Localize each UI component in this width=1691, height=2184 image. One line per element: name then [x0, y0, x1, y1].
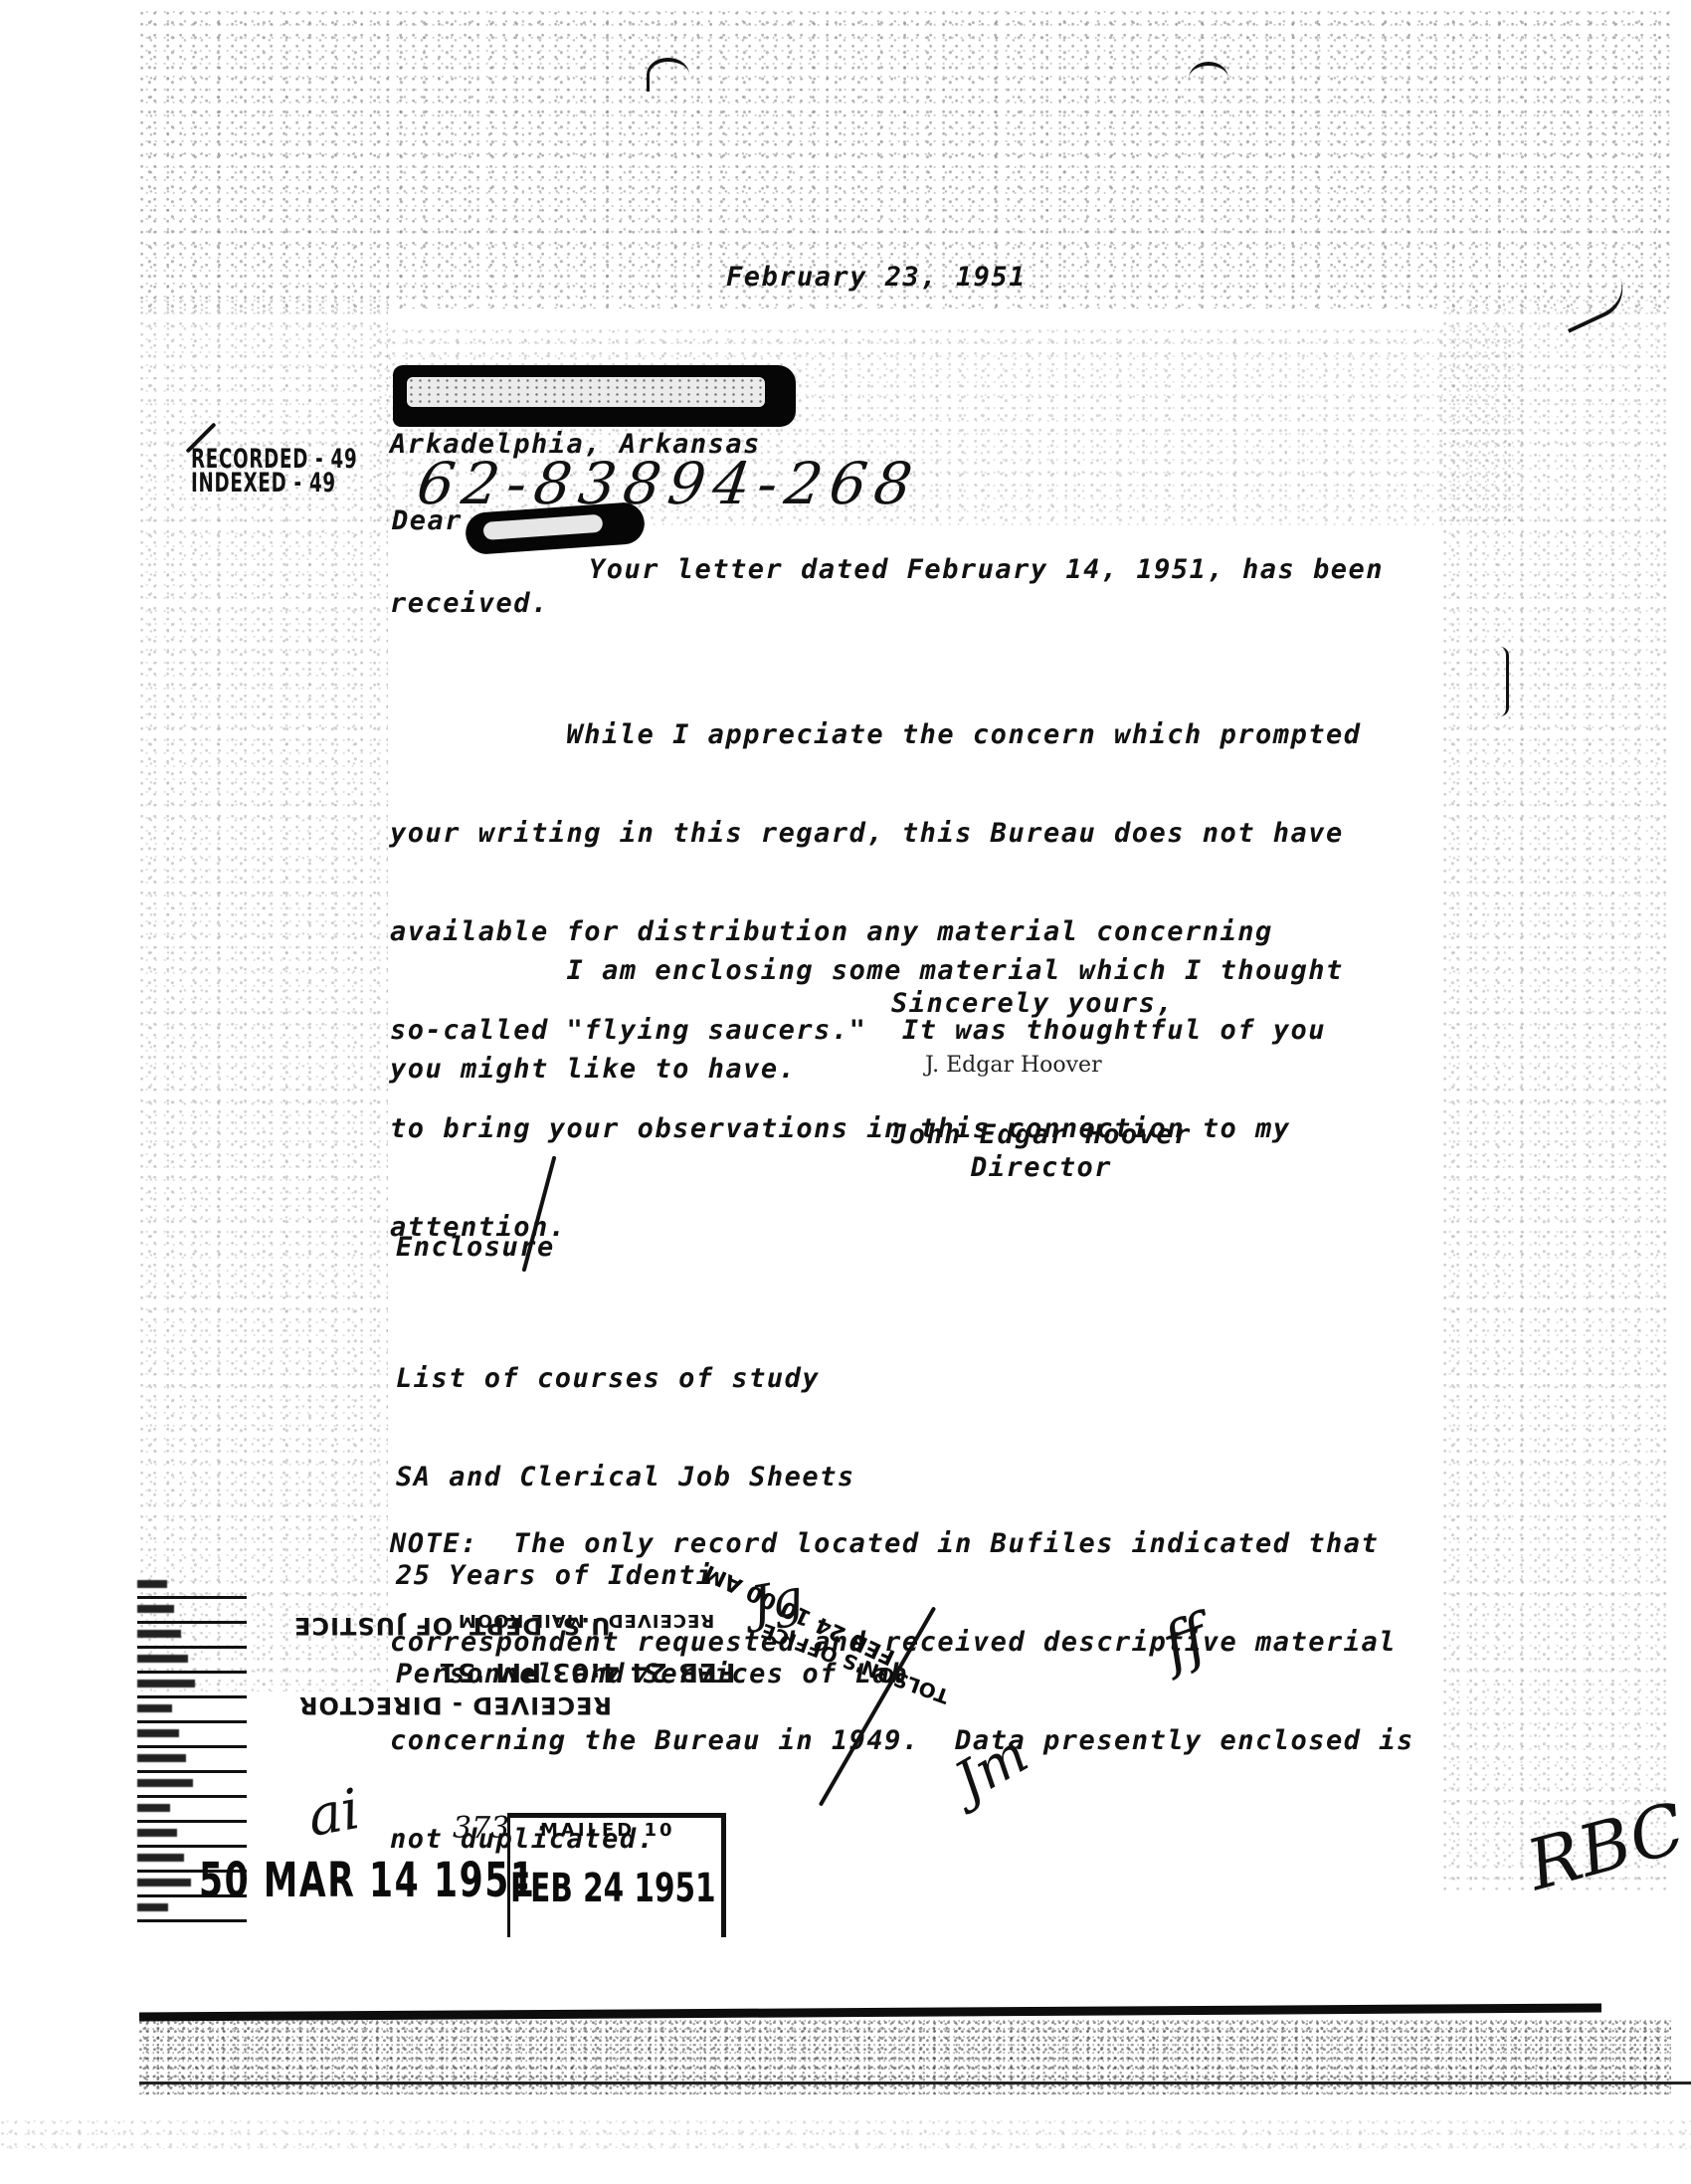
photocopy-noise-right	[1442, 298, 1671, 1890]
routing-list-label	[137, 1729, 179, 1737]
bottom-rule-thin	[139, 2082, 1691, 2085]
bottom-rule	[139, 2004, 1601, 2022]
paragraph-3: I am enclosing some material which I tho…	[390, 889, 1344, 1118]
letter-date: February 23, 1951	[726, 261, 1027, 294]
handwritten-mark-corner	[1551, 264, 1632, 332]
paragraph-2-line: your writing in this regard, this Bureau…	[390, 817, 1362, 850]
closing: Sincerely yours,	[891, 987, 1174, 1020]
salutation: Dear	[392, 504, 463, 537]
enclosure-item: List of courses of study	[396, 1362, 908, 1395]
handwritten-initials: Jg	[746, 1568, 807, 1634]
stamp-mail-room: RECEIVED - MAIL ROOM	[458, 1610, 714, 1631]
stamp-received-director: RECEIVED - DIRECTOR	[298, 1691, 612, 1719]
routing-list-label	[137, 1903, 168, 1911]
routing-list-row	[137, 1801, 247, 1823]
routing-list-label	[137, 1854, 184, 1862]
photocopy-noise-left	[139, 298, 388, 1691]
routing-list-row	[137, 1627, 247, 1649]
photocopy-noise-footer	[0, 2119, 1691, 2149]
stamp-mailed-date: FEB 24 1951	[510, 1866, 716, 1911]
note-line: concerning the Bureau in 1949. Data pres…	[390, 1724, 1414, 1757]
routing-list-row	[137, 1726, 247, 1748]
routing-list-label	[137, 1804, 170, 1812]
indexed-label: INDEXED - 49	[191, 472, 357, 496]
handwritten-mark-top	[647, 58, 689, 92]
routing-list-row	[137, 1602, 247, 1624]
routing-list-row	[137, 1751, 247, 1773]
routing-list-label	[137, 1829, 177, 1837]
signer-title: Director	[971, 1151, 1112, 1184]
routing-list-label	[137, 1580, 167, 1588]
routing-list-row	[137, 1677, 247, 1698]
routing-list-label	[137, 1605, 174, 1613]
routing-list-label	[137, 1680, 195, 1688]
stamp-filed-date: 50 MAR 14 1951	[199, 1853, 535, 1908]
routing-list-row	[137, 1701, 247, 1723]
typed-signature: J. Edgar Hoover	[925, 1053, 1102, 1078]
note-line: NOTE: The only record located in Bufiles…	[390, 1527, 1414, 1560]
stamp-mailed-label: MAILED 10	[540, 1820, 675, 1841]
handwritten-initials: ai	[303, 1777, 365, 1850]
routing-list-label	[137, 1754, 186, 1762]
paragraph-1-line-2: received.	[390, 587, 549, 620]
stamp-mailed-box: MAILED 10 FEB 24 1951	[507, 1813, 726, 1937]
stamp-received-time: FEB 24 4:03 PM '51	[438, 1657, 735, 1687]
redaction-recipient-address	[393, 365, 796, 427]
paragraph-1-line-1: Your letter dated February 14, 1951, has…	[589, 553, 1384, 586]
handwritten-mark-top	[1189, 62, 1228, 96]
paragraph-3-line: I am enclosing some material which I tho…	[390, 954, 1344, 987]
routing-list-label	[137, 1630, 181, 1638]
routing-list-row	[137, 1826, 247, 1848]
paragraph-2-line: While I appreciate the concern which pro…	[390, 718, 1362, 751]
paragraph-3-line: you might like to have.	[390, 1053, 1344, 1086]
handwritten-margin-bracket	[1500, 647, 1509, 716]
recorded-indexed-stamp: RECORDED - 49 INDEXED - 49	[191, 448, 357, 496]
handwritten-number: 373	[453, 1811, 509, 1846]
routing-list-row	[137, 1776, 247, 1798]
routing-list-row	[137, 1652, 247, 1674]
routing-list-label	[137, 1779, 193, 1787]
routing-list-label	[137, 1704, 172, 1712]
signer-name: John Edgar Hoover	[891, 1118, 1192, 1151]
routing-list-label	[137, 1655, 188, 1663]
routing-list-label	[137, 1879, 191, 1886]
routing-list-row	[137, 1577, 247, 1599]
handwritten-file-number: 62-83894-268	[413, 450, 924, 517]
handwritten-initials-rbc: RBC	[1519, 1787, 1691, 1906]
